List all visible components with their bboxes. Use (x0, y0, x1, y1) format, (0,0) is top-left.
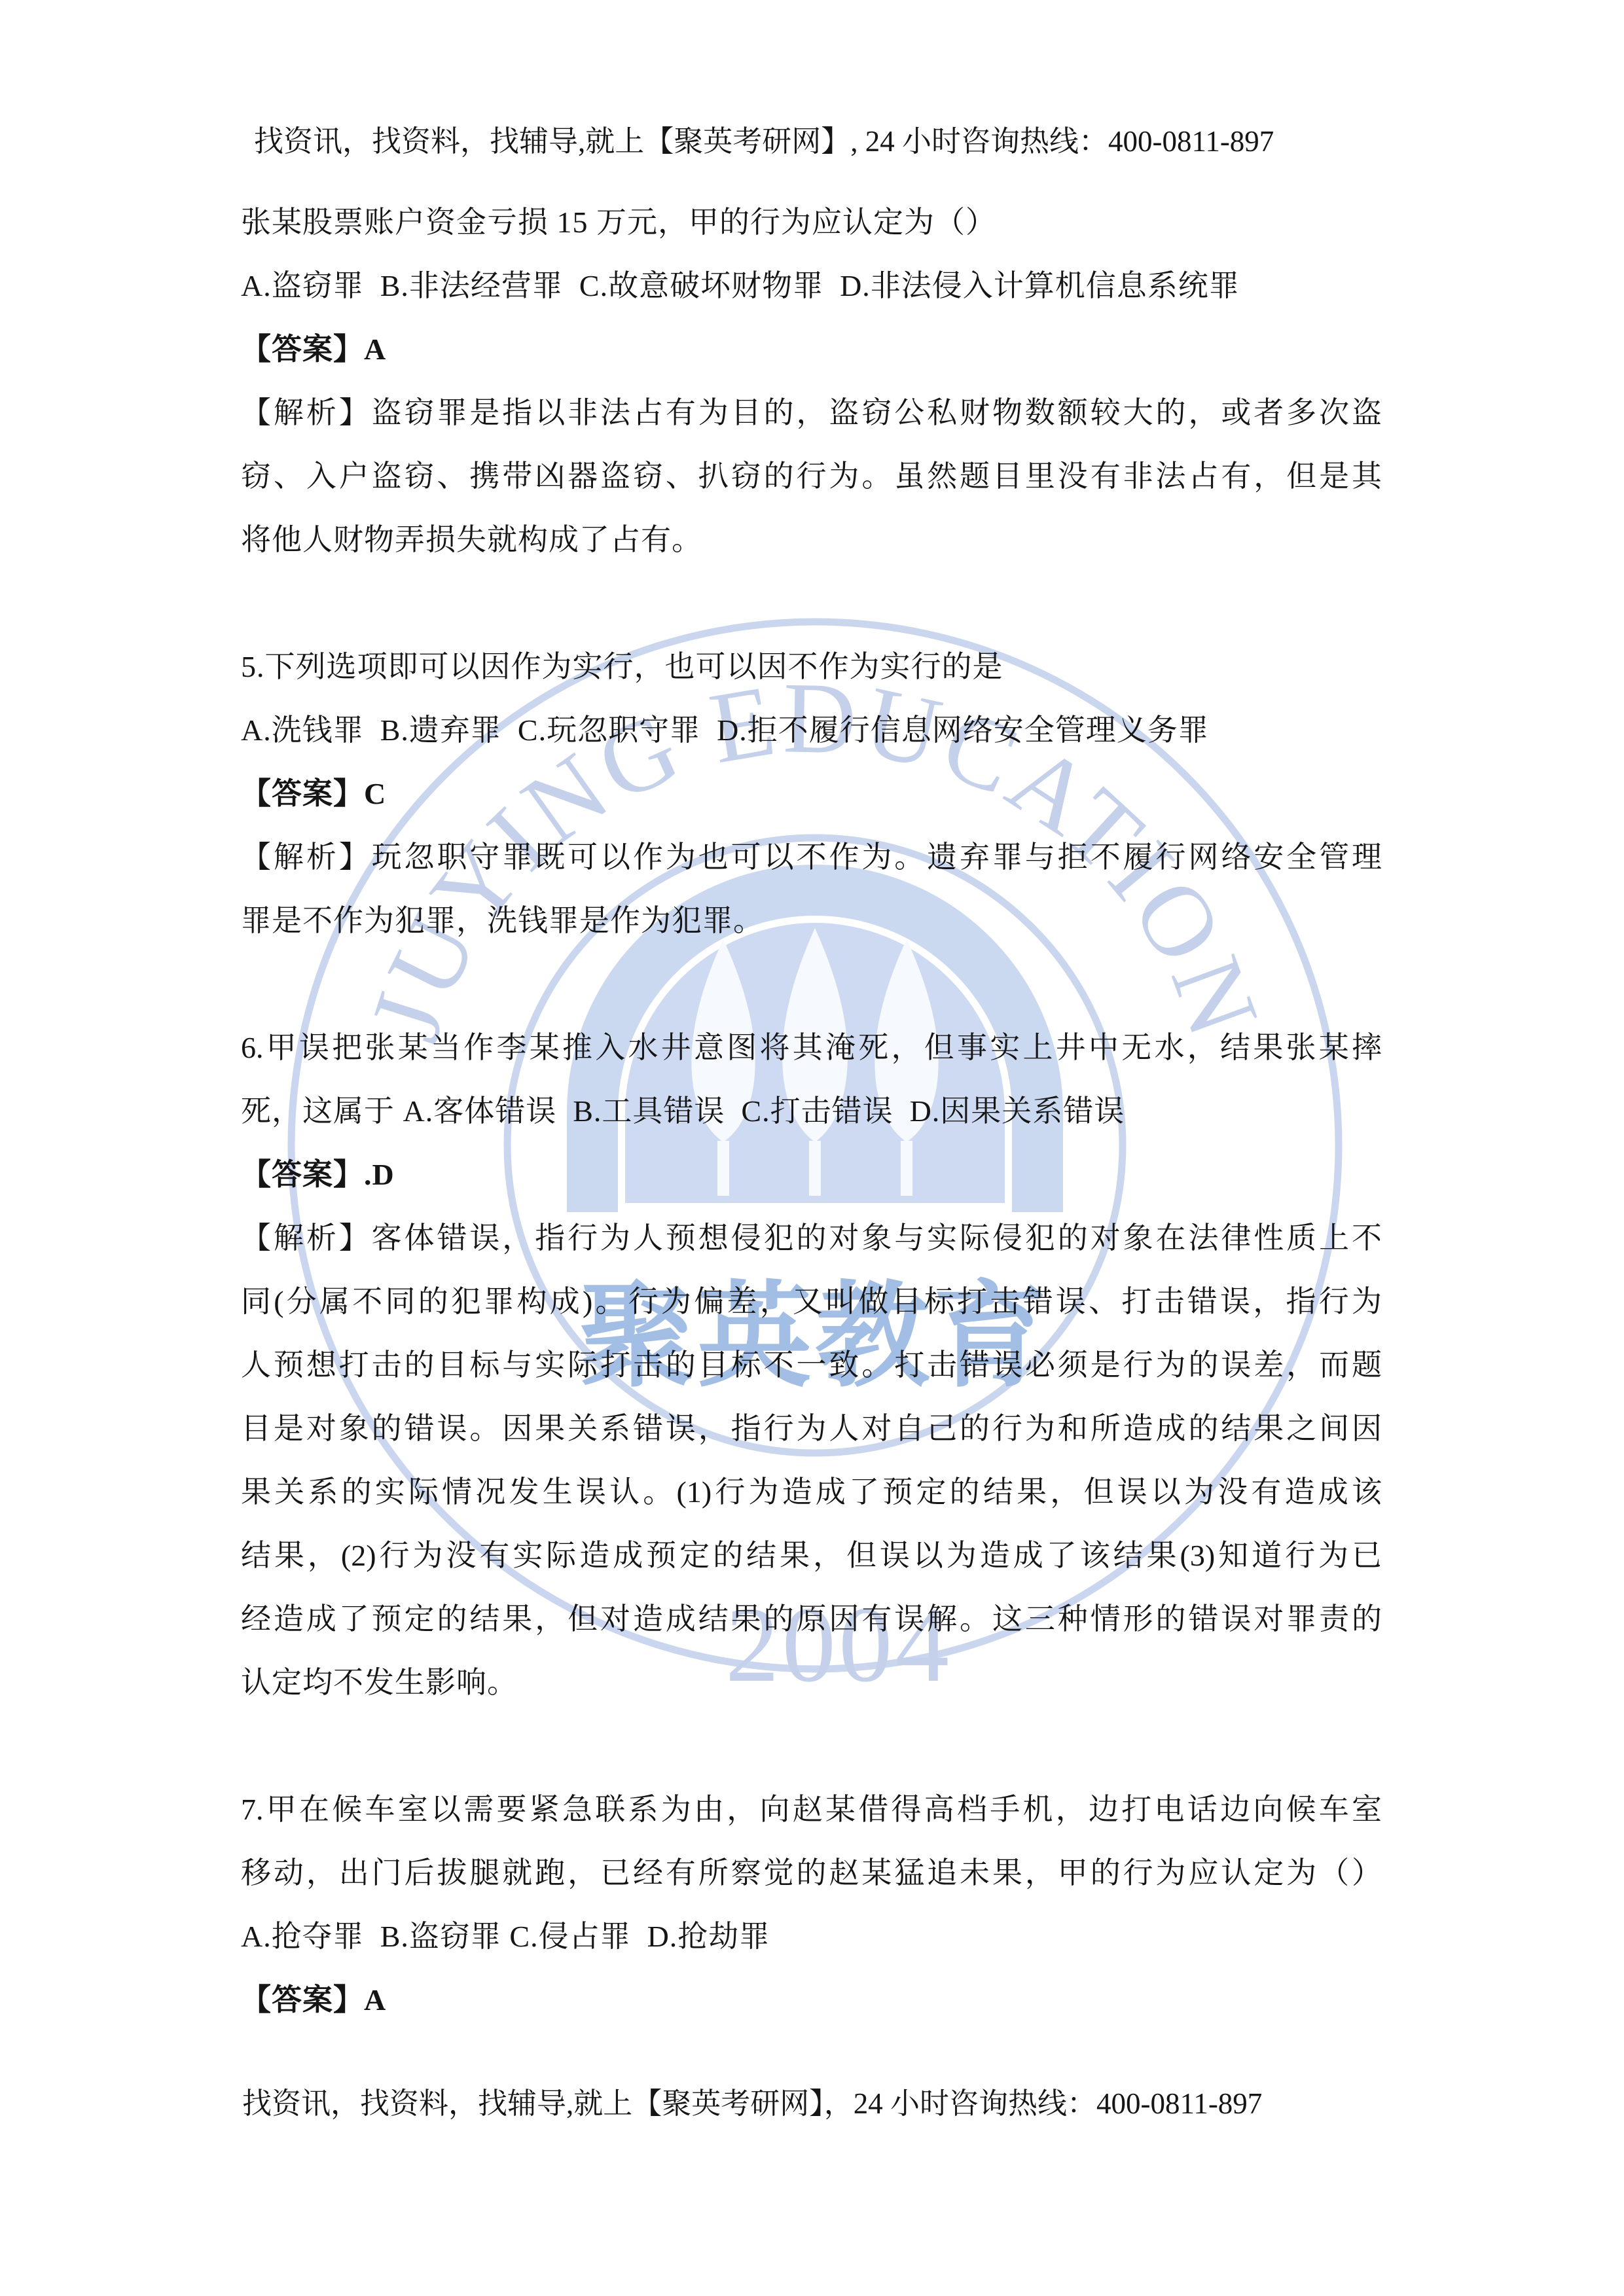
text-line: 【解析】客体错误，指行为人预想侵犯的对象与实际侵犯的对象在法律性质上不 (241, 1206, 1382, 1270)
text-line: 结果，(2)行为没有实际造成预定的结果，但误以为造成了该结果(3)知道行为已 (241, 1524, 1382, 1587)
text-line: 【答案】A (241, 317, 1382, 381)
text-line: 6.甲误把张某当作李某推入水井意图将其淹死，但事实上井中无水，结果张某摔 (241, 1016, 1382, 1079)
page-footer-text: 找资讯，找资料，找辅导,就上【聚英考研网】，24 小时咨询热线：400-0811… (242, 2072, 1262, 2136)
text-line: 同(分属不同的犯罪构成)。行为偏差，又叫做目标打击错误、打击错误，指行为 (241, 1270, 1382, 1333)
document-page: JUYING EDUCATION 聚英教育 2004 找资讯，找资料，找辅导,就… (0, 0, 1624, 2296)
text-line: 【解析】盗窃罪是指以非法占有为目的，盗窃公私财物数额较大的，或者多次盗 (241, 381, 1382, 444)
text-line: A.盗窃罪 B.非法经营罪 C.故意破坏财物罪 D.非法侵入计算机信息系统罪 (241, 254, 1382, 317)
text-line: 经造成了预定的结果，但对造成结果的原因有误解。这三种情形的错误对罪责的 (241, 1587, 1382, 1651)
page-header-text: 找资讯，找资料，找辅导,就上【聚英考研网】, 24 小时咨询热线：400-081… (254, 110, 1274, 173)
text-line: 人预想打击的目标与实际打击的目标不一致。打击错误必须是行为的误差，而题 (241, 1333, 1382, 1397)
text-line: 死，这属于 A.客体错误 B.工具错误 C.打击错误 D.因果关系错误 (241, 1079, 1382, 1143)
text-line: 窃、入户盗窃、携带凶器盗窃、扒窃的行为。虽然题目里没有非法占有，但是其 (241, 444, 1382, 508)
text-line: 张某股票账户资金亏损 15 万元，甲的行为应认定为（） (241, 190, 1382, 254)
text-line: 罪是不作为犯罪，洗钱罪是作为犯罪。 (241, 889, 1382, 952)
text-line: 【答案】A (241, 1968, 1382, 2032)
text-line: 将他人财物弄损失就构成了占有。 (241, 508, 1382, 571)
text-line: 【答案】C (241, 762, 1382, 825)
text-line: 【解析】玩忽职守罪既可以作为也可以不作为。遗弃罪与拒不履行网络安全管理 (241, 825, 1382, 889)
text-line: 目是对象的错误。因果关系错误，指行为人对自己的行为和所造成的结果之间因 (241, 1397, 1382, 1460)
text-line: 【答案】.D (241, 1143, 1382, 1206)
text-line: 5.下列选项即可以因作为实行，也可以因不作为实行的是 (241, 635, 1382, 698)
text-line: 果关系的实际情况发生误认。(1)行为造成了预定的结果，但误以为没有造成该 (241, 1460, 1382, 1524)
text-line: A.洗钱罪 B.遗弃罪 C.玩忽职守罪 D.拒不履行信息网络安全管理义务罪 (241, 698, 1382, 762)
text-line: A.抢夺罪 B.盗窃罪 C.侵占罪 D.抢劫罪 (241, 1905, 1382, 1968)
content-column: 张某股票账户资金亏损 15 万元，甲的行为应认定为（）A.盗窃罪 B.非法经营罪… (241, 190, 1382, 2032)
text-line: 7.甲在候车室以需要紧急联系为由，向赵某借得高档手机，边打电话边向候车室 (241, 1778, 1382, 1841)
text-line: 移动，出门后拔腿就跑，已经有所察觉的赵某猛追未果，甲的行为应认定为（） (241, 1841, 1382, 1905)
text-line: 认定均不发生影响。 (241, 1651, 1382, 1714)
